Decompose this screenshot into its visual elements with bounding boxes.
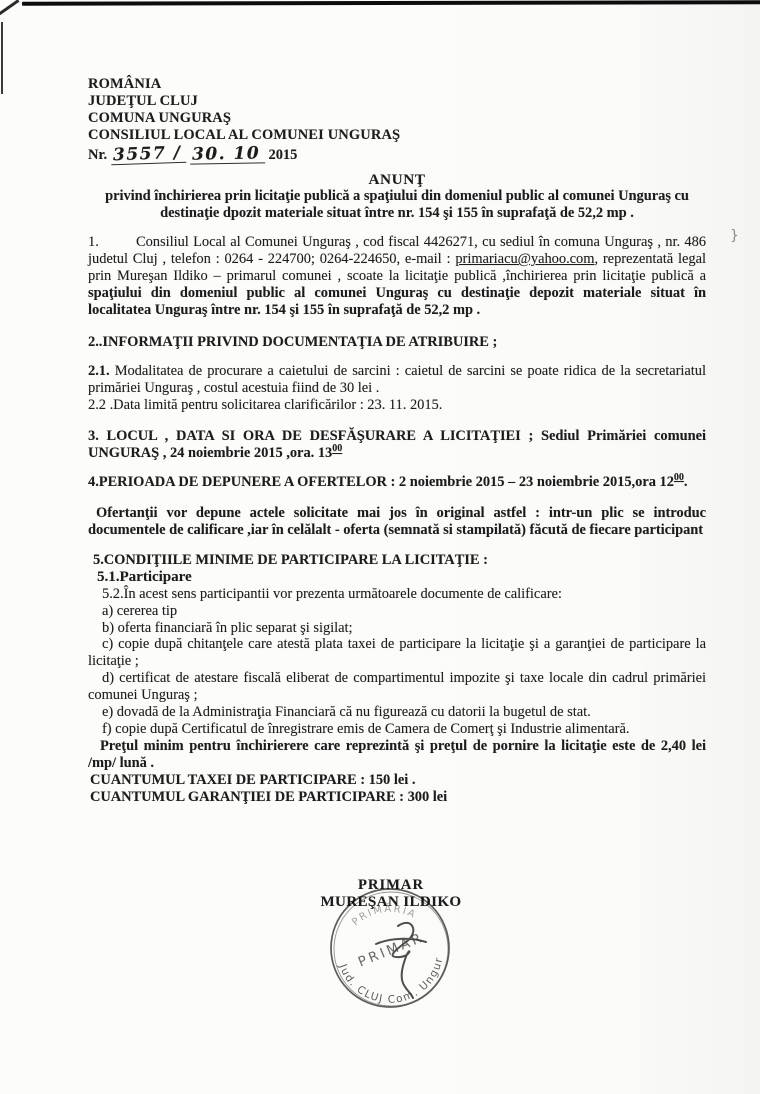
- section-5-heading: 5.CONDIŢIILE MINIME DE PARTICIPARE LA LI…: [88, 552, 706, 569]
- document-content: ROMÂNIA JUDEŢUL CLUJ COMUNA UNGURAŞ CONS…: [88, 76, 706, 806]
- participation-tax-line: CUANTUMUL TAXEI DE PARTICIPARE : 150 lei…: [88, 772, 706, 789]
- clause-2-1-label: 2.1.: [88, 363, 110, 379]
- paragraph-1-number: 1.: [88, 234, 136, 251]
- section-2-heading: 2..INFORMAŢII PRIVIND DOCUMENTAŢIA DE AT…: [88, 334, 706, 351]
- registration-year: 2015: [269, 147, 298, 163]
- registration-number-handwritten: 3557 /: [110, 144, 186, 165]
- requirement-item-a: a) cererea tip: [88, 603, 706, 620]
- requirement-item-b: b) oferta financiară în plic separat şi …: [88, 620, 706, 637]
- requirement-item-c: c) copie după chitanţele care atestă pla…: [88, 636, 706, 670]
- org-council-line: CONSILIUL LOCAL AL COMUNEI UNGURAŞ: [88, 127, 706, 144]
- clause-2-1: 2.1. Modalitatea de procurare a caietulu…: [88, 363, 706, 397]
- page: { "artifacts": { "right_smudge": "}" }, …: [0, 0, 760, 1094]
- org-county-line: JUDEŢUL CLUJ: [88, 93, 706, 110]
- requirement-item-f: f) copie după Certificatul de înregistra…: [88, 721, 706, 738]
- minimum-price-note: Preţul minim pentru închirierere care re…: [88, 738, 706, 772]
- section-3-heading: 3. LOCUL , DATA SI ORA DE DESFĂŞURARE A …: [88, 428, 706, 462]
- clause-5-1: 5.1.Participare: [88, 569, 706, 586]
- participation-guarantee-line: CUANTUMUL GARANŢIEI DE PARTICIPARE : 300…: [88, 789, 706, 806]
- clause-2-2: 2.2 .Data limită pentru solicitarea clar…: [88, 397, 706, 414]
- section-4-time-superscript: 00: [674, 472, 684, 483]
- announcement-subtitle: privind închirierea prin licitaţie publi…: [88, 188, 706, 222]
- registration-prefix: Nr.: [88, 147, 107, 163]
- clause-2-1-text: Modalitatea de procurare a caietului de …: [88, 363, 706, 396]
- section-4-text: 4.PERIOADA DE DEPUNERE A OFERTELOR : 2 n…: [88, 474, 674, 490]
- section-3-time-superscript: 00: [332, 444, 342, 455]
- round-stamp: PRIMĂRIA Jud. CLUJ Com. Unguraş PRIMAR: [314, 882, 466, 1032]
- requirement-item-d: d) certificat de atestare fiscală eliber…: [88, 670, 706, 704]
- announcement-title: ANUNŢ: [88, 172, 706, 189]
- scan-mark-left-edge: [1, 22, 3, 94]
- paragraph-1-object-bold: spaţiului din domeniul public al comunei…: [88, 285, 706, 318]
- scan-edge-line-top: [22, 0, 760, 6]
- registration-line: Nr. 3557 / 30. 10 2015: [88, 146, 706, 164]
- clause-5-2: 5.2.În acest sens participantii vor prez…: [88, 586, 706, 603]
- section-4-heading: 4.PERIOADA DE DEPUNERE A OFERTELOR : 2 n…: [88, 474, 706, 491]
- org-country-line: ROMÂNIA: [88, 76, 706, 93]
- section-3-text: 3. LOCUL , DATA SI ORA DE DESFĂŞURARE A …: [88, 428, 706, 461]
- org-commune-line: COMUNA UNGURAŞ: [88, 110, 706, 127]
- offers-note: Ofertanţii vor depune actele solicitate …: [88, 505, 706, 539]
- stamp-top-text: PRIMĂRIA: [350, 902, 418, 928]
- section-4-tail: .: [684, 474, 688, 490]
- stamp-center-text: PRIMAR: [356, 930, 427, 971]
- requirement-item-e: e) dovadă de la Administraţia Financiară…: [88, 704, 706, 721]
- paragraph-1: 1.Consiliul Local al Comunei Unguraş , c…: [88, 234, 706, 319]
- email-text: primariacu@yahoo.com: [455, 251, 594, 267]
- registration-date-handwritten: 30. 10: [190, 145, 265, 164]
- scan-mark-corner: [0, 0, 19, 17]
- scan-smudge-right: }: [730, 228, 739, 244]
